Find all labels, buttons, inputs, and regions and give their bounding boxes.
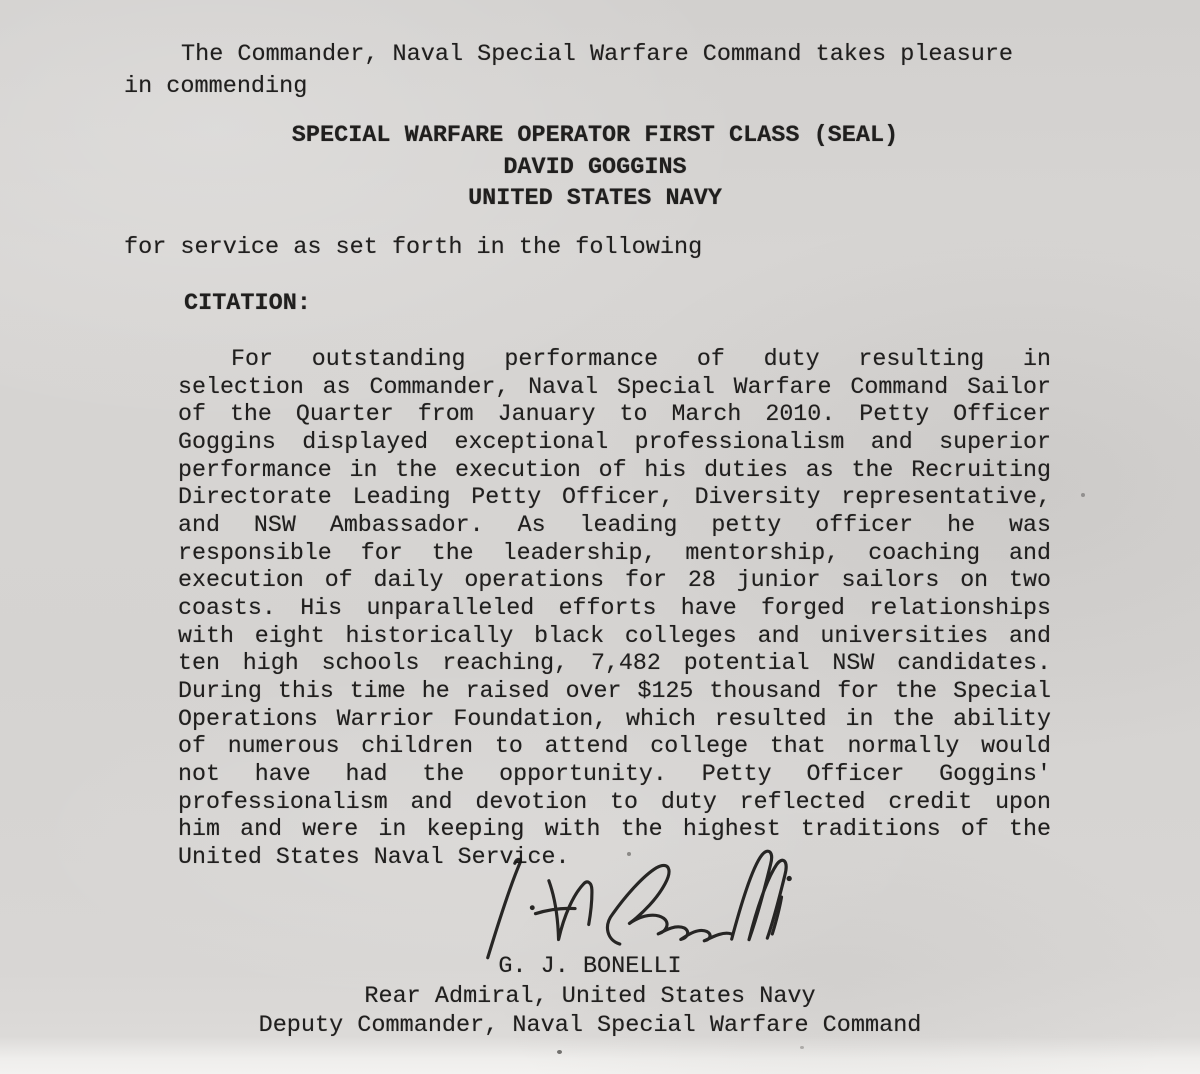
scan-speck <box>627 852 631 856</box>
signature-block: G. J. BONELLI Rear Admiral, United State… <box>0 952 1180 1041</box>
citation-line: performance in the execution of his duti… <box>178 457 1051 485</box>
citation-label: CITATION: <box>184 290 311 317</box>
citation-line: selection as Commander, Naval Special Wa… <box>178 374 1051 402</box>
signer-title: Deputy Commander, Naval Special Warfare … <box>0 1011 1180 1041</box>
citation-line: of numerous children to attend college t… <box>178 733 1051 761</box>
signer-name: G. J. BONELLI <box>0 952 1180 982</box>
citation-line: Goggins displayed exceptional profession… <box>178 429 1051 457</box>
scan-speck <box>1081 493 1085 497</box>
citation-line: responsible for the leadership, mentorsh… <box>178 540 1051 568</box>
citation-line: Directorate Leading Petty Officer, Diver… <box>178 484 1051 512</box>
honoree-rank: SPECIAL WARFARE OPERATOR FIRST CLASS (SE… <box>0 120 1190 152</box>
intro-line-1: The Commander, Naval Special Warfare Com… <box>181 41 1013 68</box>
intro-line-2: in commending <box>124 73 307 100</box>
signature-icon <box>467 844 800 965</box>
preamble-line: for service as set forth in the followin… <box>124 234 702 261</box>
citation-line: of the Quarter from January to March 201… <box>178 401 1051 429</box>
citation-line: him and were in keeping with the highest… <box>178 816 1051 844</box>
scan-speck <box>800 1046 804 1049</box>
citation-line: execution of daily operations for 28 jun… <box>178 567 1051 595</box>
signer-rank: Rear Admiral, United States Navy <box>0 982 1180 1012</box>
honoree-block: SPECIAL WARFARE OPERATOR FIRST CLASS (SE… <box>0 120 1190 215</box>
citation-line: For outstanding performance of duty resu… <box>178 346 1051 374</box>
citation-line: with eight historically black colleges a… <box>178 623 1051 651</box>
scan-speck <box>557 1050 562 1054</box>
citation-body: For outstanding performance of duty resu… <box>178 346 1051 871</box>
citation-line: During this time he raised over $125 tho… <box>178 678 1051 706</box>
citation-line: not have had the opportunity. Petty Offi… <box>178 761 1051 789</box>
citation-line: coasts. His unparalleled efforts have fo… <box>178 595 1051 623</box>
honoree-service: UNITED STATES NAVY <box>0 183 1190 215</box>
citation-line: and NSW Ambassador. As leading petty off… <box>178 512 1051 540</box>
citation-line: professionalism and devotion to duty ref… <box>178 789 1051 817</box>
citation-line: ten high schools reaching, 7,482 potenti… <box>178 650 1051 678</box>
honoree-name: DAVID GOGGINS <box>0 152 1190 184</box>
citation-line: Operations Warrior Foundation, which res… <box>178 706 1051 734</box>
